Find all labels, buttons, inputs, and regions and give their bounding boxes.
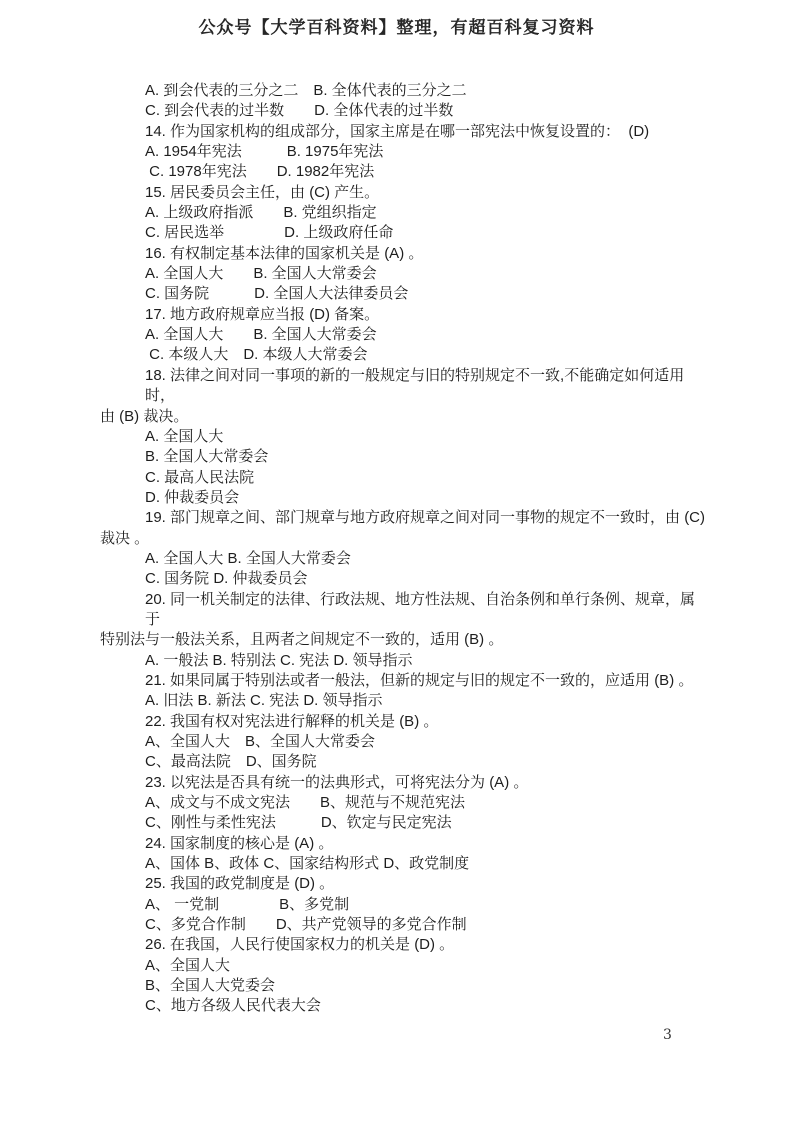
text-line: A、国体 B、政体 C、国家结构形式 D、政党制度 — [100, 854, 705, 874]
text-line: C. 到会代表的过半数 D. 全体代表的过半数 — [100, 101, 705, 121]
text-line: A. 旧法 B. 新法 C. 宪法 D. 领导指示 — [100, 691, 705, 711]
text-line: 18. 法律之间对同一事项的新的一般规定与旧的特别规定不一致,不能确定如何适用时… — [100, 366, 705, 407]
text-line: A、 一党制 B、多党制 — [100, 895, 705, 915]
page-number: 3 — [663, 1027, 672, 1043]
text-line: 20. 同一机关制定的法律、行政法规、地方性法规、自治条例和单行条例、规章，属于 — [100, 590, 705, 631]
text-line: C. 国务院 D. 仲裁委员会 — [100, 569, 705, 589]
text-line: C. 国务院 D. 全国人大法律委员会 — [100, 284, 705, 304]
text-line: 由 (B) 裁决。 — [100, 407, 705, 427]
text-line: D. 仲裁委员会 — [100, 488, 705, 508]
text-line: 26. 在我国，人民行使国家权力的机关是 (D) 。 — [100, 935, 705, 955]
text-line: 17. 地方政府规章应当报 (D) 备案。 — [100, 305, 705, 325]
document-page: 公众号【大学百科资料】整理，有超百科复习资料 A. 到会代表的三分之二 B. 全… — [0, 0, 793, 1122]
text-line: A. 全国人大 — [100, 427, 705, 447]
text-line: 24. 国家制度的核心是 (A) 。 — [100, 834, 705, 854]
text-line: 16. 有权制定基本法律的国家机关是 (A) 。 — [100, 244, 705, 264]
text-line: 14. 作为国家机构的组成部分，国家主席是在哪一部宪法中恢复设置的： (D) — [100, 122, 705, 142]
text-line: B、全国人大党委会 — [100, 976, 705, 996]
text-line: A、全国人大 — [100, 956, 705, 976]
page-header-title: 公众号【大学百科资料】整理，有超百科复习资料 — [0, 13, 793, 38]
text-line: A、成文与不成文宪法 B、规范与不规范宪法 — [100, 793, 705, 813]
text-line: A、全国人大 B、全国人大常委会 — [100, 732, 705, 752]
document-body: A. 到会代表的三分之二 B. 全体代表的三分之二C. 到会代表的过半数 D. … — [100, 81, 705, 1017]
text-line: C. 1978年宪法 D. 1982年宪法 — [100, 162, 705, 182]
text-line: A. 全国人大 B. 全国人大常委会 — [100, 549, 705, 569]
text-line: A. 全国人大 B. 全国人大常委会 — [100, 325, 705, 345]
text-line: C、最高法院 D、国务院 — [100, 752, 705, 772]
text-line: C. 居民选举 D. 上级政府任命 — [100, 223, 705, 243]
text-line: A. 一般法 B. 特别法 C. 宪法 D. 领导指示 — [100, 651, 705, 671]
text-line: 19. 部门规章之间、部门规章与地方政府规章之间对同一事物的规定不一致时，由 (… — [100, 508, 705, 528]
text-line: C. 本级人大 D. 本级人大常委会 — [100, 345, 705, 365]
text-line: 25. 我国的政党制度是 (D) 。 — [100, 874, 705, 894]
text-line: 特别法与一般法关系，且两者之间规定不一致的，适用 (B) 。 — [100, 630, 705, 650]
text-line: A. 上级政府指派 B. 党组织指定 — [100, 203, 705, 223]
text-line: 裁决 。 — [100, 529, 705, 549]
text-line: C、多党合作制 D、共产党领导的多党合作制 — [100, 915, 705, 935]
text-line: 23. 以宪法是否具有统一的法典形式，可将宪法分为 (A) 。 — [100, 773, 705, 793]
text-line: 22. 我国有权对宪法进行解释的机关是 (B) 。 — [100, 712, 705, 732]
text-line: A. 1954年宪法 B. 1975年宪法 — [100, 142, 705, 162]
text-line: C、地方各级人民代表大会 — [100, 996, 705, 1016]
text-line: C、刚性与柔性宪法 D、钦定与民定宪法 — [100, 813, 705, 833]
text-line: 15. 居民委员会主任，由 (C) 产生。 — [100, 183, 705, 203]
text-line: A. 到会代表的三分之二 B. 全体代表的三分之二 — [100, 81, 705, 101]
text-line: 21. 如果同属于特别法或者一般法，但新的规定与旧的规定不一致的，应适用 (B)… — [100, 671, 705, 691]
text-line: A. 全国人大 B. 全国人大常委会 — [100, 264, 705, 284]
text-line: B. 全国人大常委会 — [100, 447, 705, 467]
text-line: C. 最高人民法院 — [100, 468, 705, 488]
